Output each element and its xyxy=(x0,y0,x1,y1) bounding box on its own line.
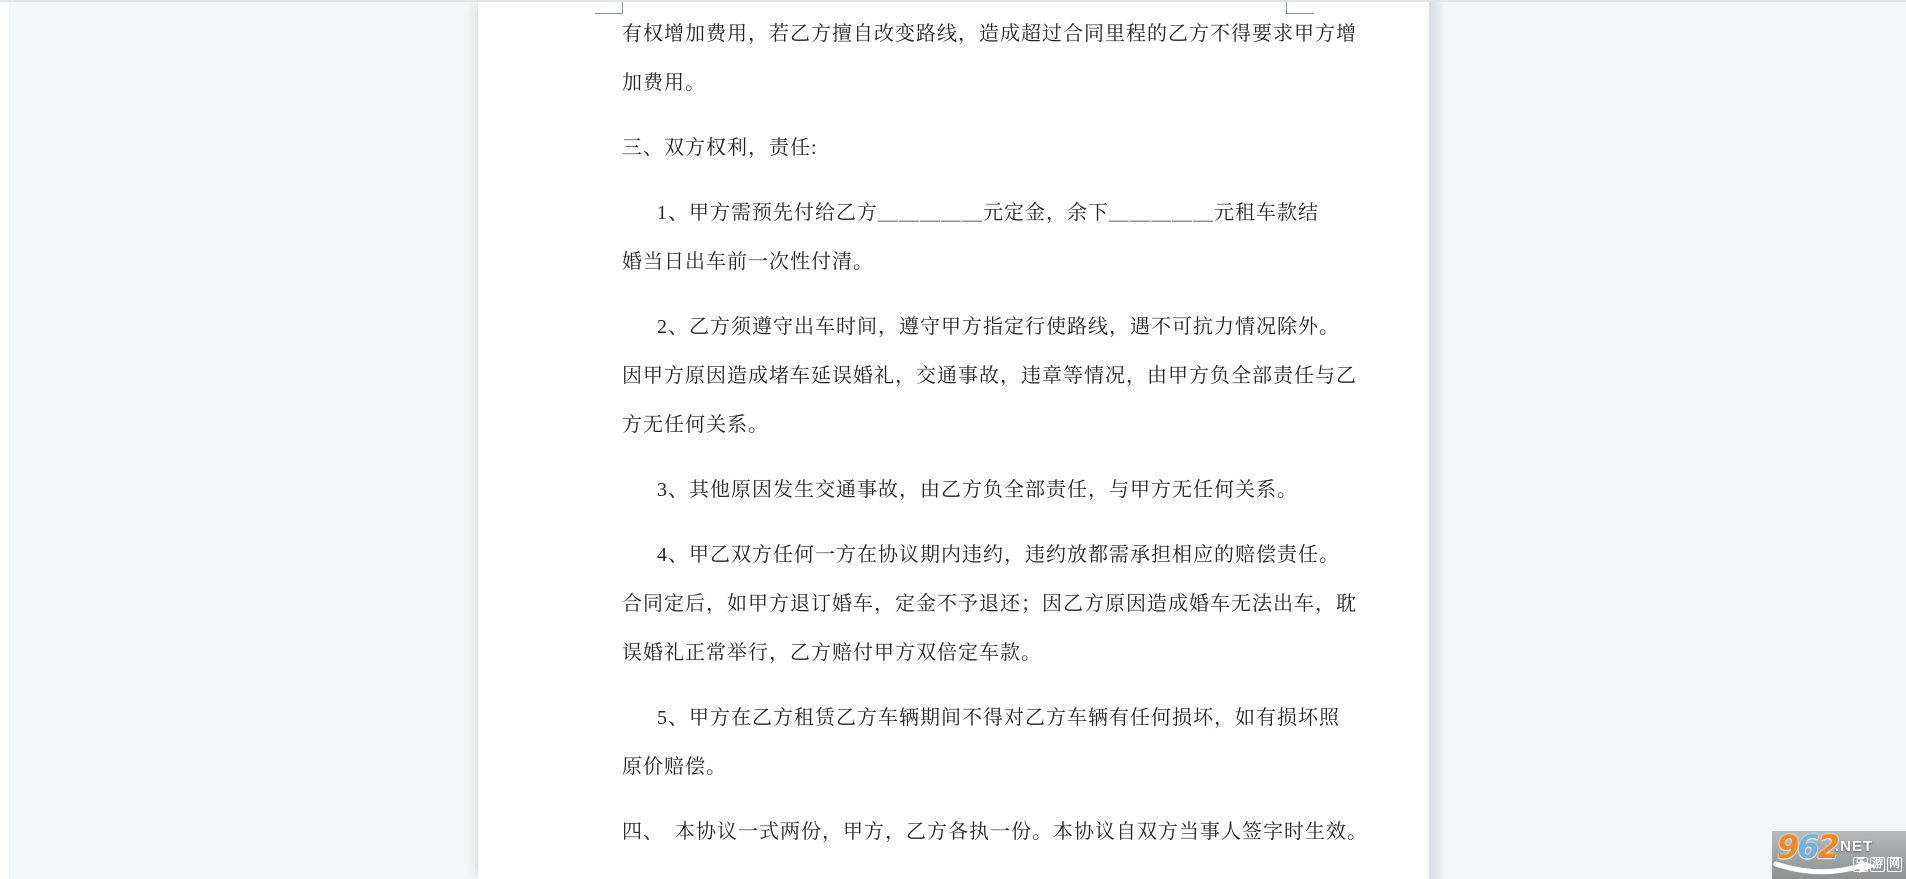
text-line: 三、双方权利，责任: xyxy=(622,121,1368,170)
text-line: 因甲方原因造成堵车延误婚礼，交通事故，违章等情况，由甲方负全部责任与乙 xyxy=(622,349,1368,398)
watermark-site-char: 游 xyxy=(1870,857,1885,872)
left-gutter xyxy=(0,2,9,879)
text-line: 合同定后，如甲方退订婚车，定金不予退还；因乙方原因造成婚车无法出车，耽 xyxy=(622,577,1368,626)
text-line: 婚当日出车前一次性付清。 xyxy=(622,235,1368,284)
text-line: 原价赔偿。 xyxy=(622,740,1368,789)
watermark-logo: 962 .NET 乐游网 xyxy=(1772,831,1906,879)
text-line: 误婚礼正常举行，乙方赔付甲方双倍定车款。 xyxy=(622,626,1368,675)
watermark-site-name: 乐游网 xyxy=(1853,857,1902,872)
screen: { "colors": { "canvas_background": "#f4f… xyxy=(0,0,1906,879)
document-text: 有权增加费用，若乙方擅自改变路线，造成超过合同里程的乙方不得要求甲方增加费用。三… xyxy=(622,7,1368,854)
watermark-site-char: 网 xyxy=(1887,857,1902,872)
window-top-edge xyxy=(0,0,1906,2)
page-right-shadow xyxy=(1429,0,1443,879)
watermark-suffix: .NET xyxy=(1835,838,1873,855)
watermark-site-char: 乐 xyxy=(1853,857,1868,872)
text-line: 有权增加费用，若乙方擅自改变路线，造成超过合同里程的乙方不得要求甲方增 xyxy=(622,7,1368,56)
margin-crop-mark-top-left-icon xyxy=(595,0,623,14)
text-line: 方无任何关系。 xyxy=(622,398,1368,447)
text-line: 2、乙方须遵守出车时间，遵守甲方指定行使路线，遇不可抗力情况除外。 xyxy=(622,300,1368,349)
text-line: 5、甲方在乙方租赁乙方车辆期间不得对乙方车辆有任何损坏，如有损坏照 xyxy=(622,691,1368,740)
text-line: 加费用。 xyxy=(622,56,1368,105)
text-line: 3、其他原因发生交通事故，由乙方负全部责任，与甲方无任何关系。 xyxy=(622,463,1368,512)
text-line: 四、 本协议一式两份，甲方，乙方各执一份。本协议自双方当事人签字时生效。 xyxy=(622,805,1368,854)
text-line: 4、甲乙双方任何一方在协议期内违约，违约放都需承担相应的赔偿责任。 xyxy=(622,528,1368,577)
text-line: 1、甲方需预先付给乙方＿＿＿＿＿元定金，余下＿＿＿＿＿元租车款结 xyxy=(622,186,1368,235)
